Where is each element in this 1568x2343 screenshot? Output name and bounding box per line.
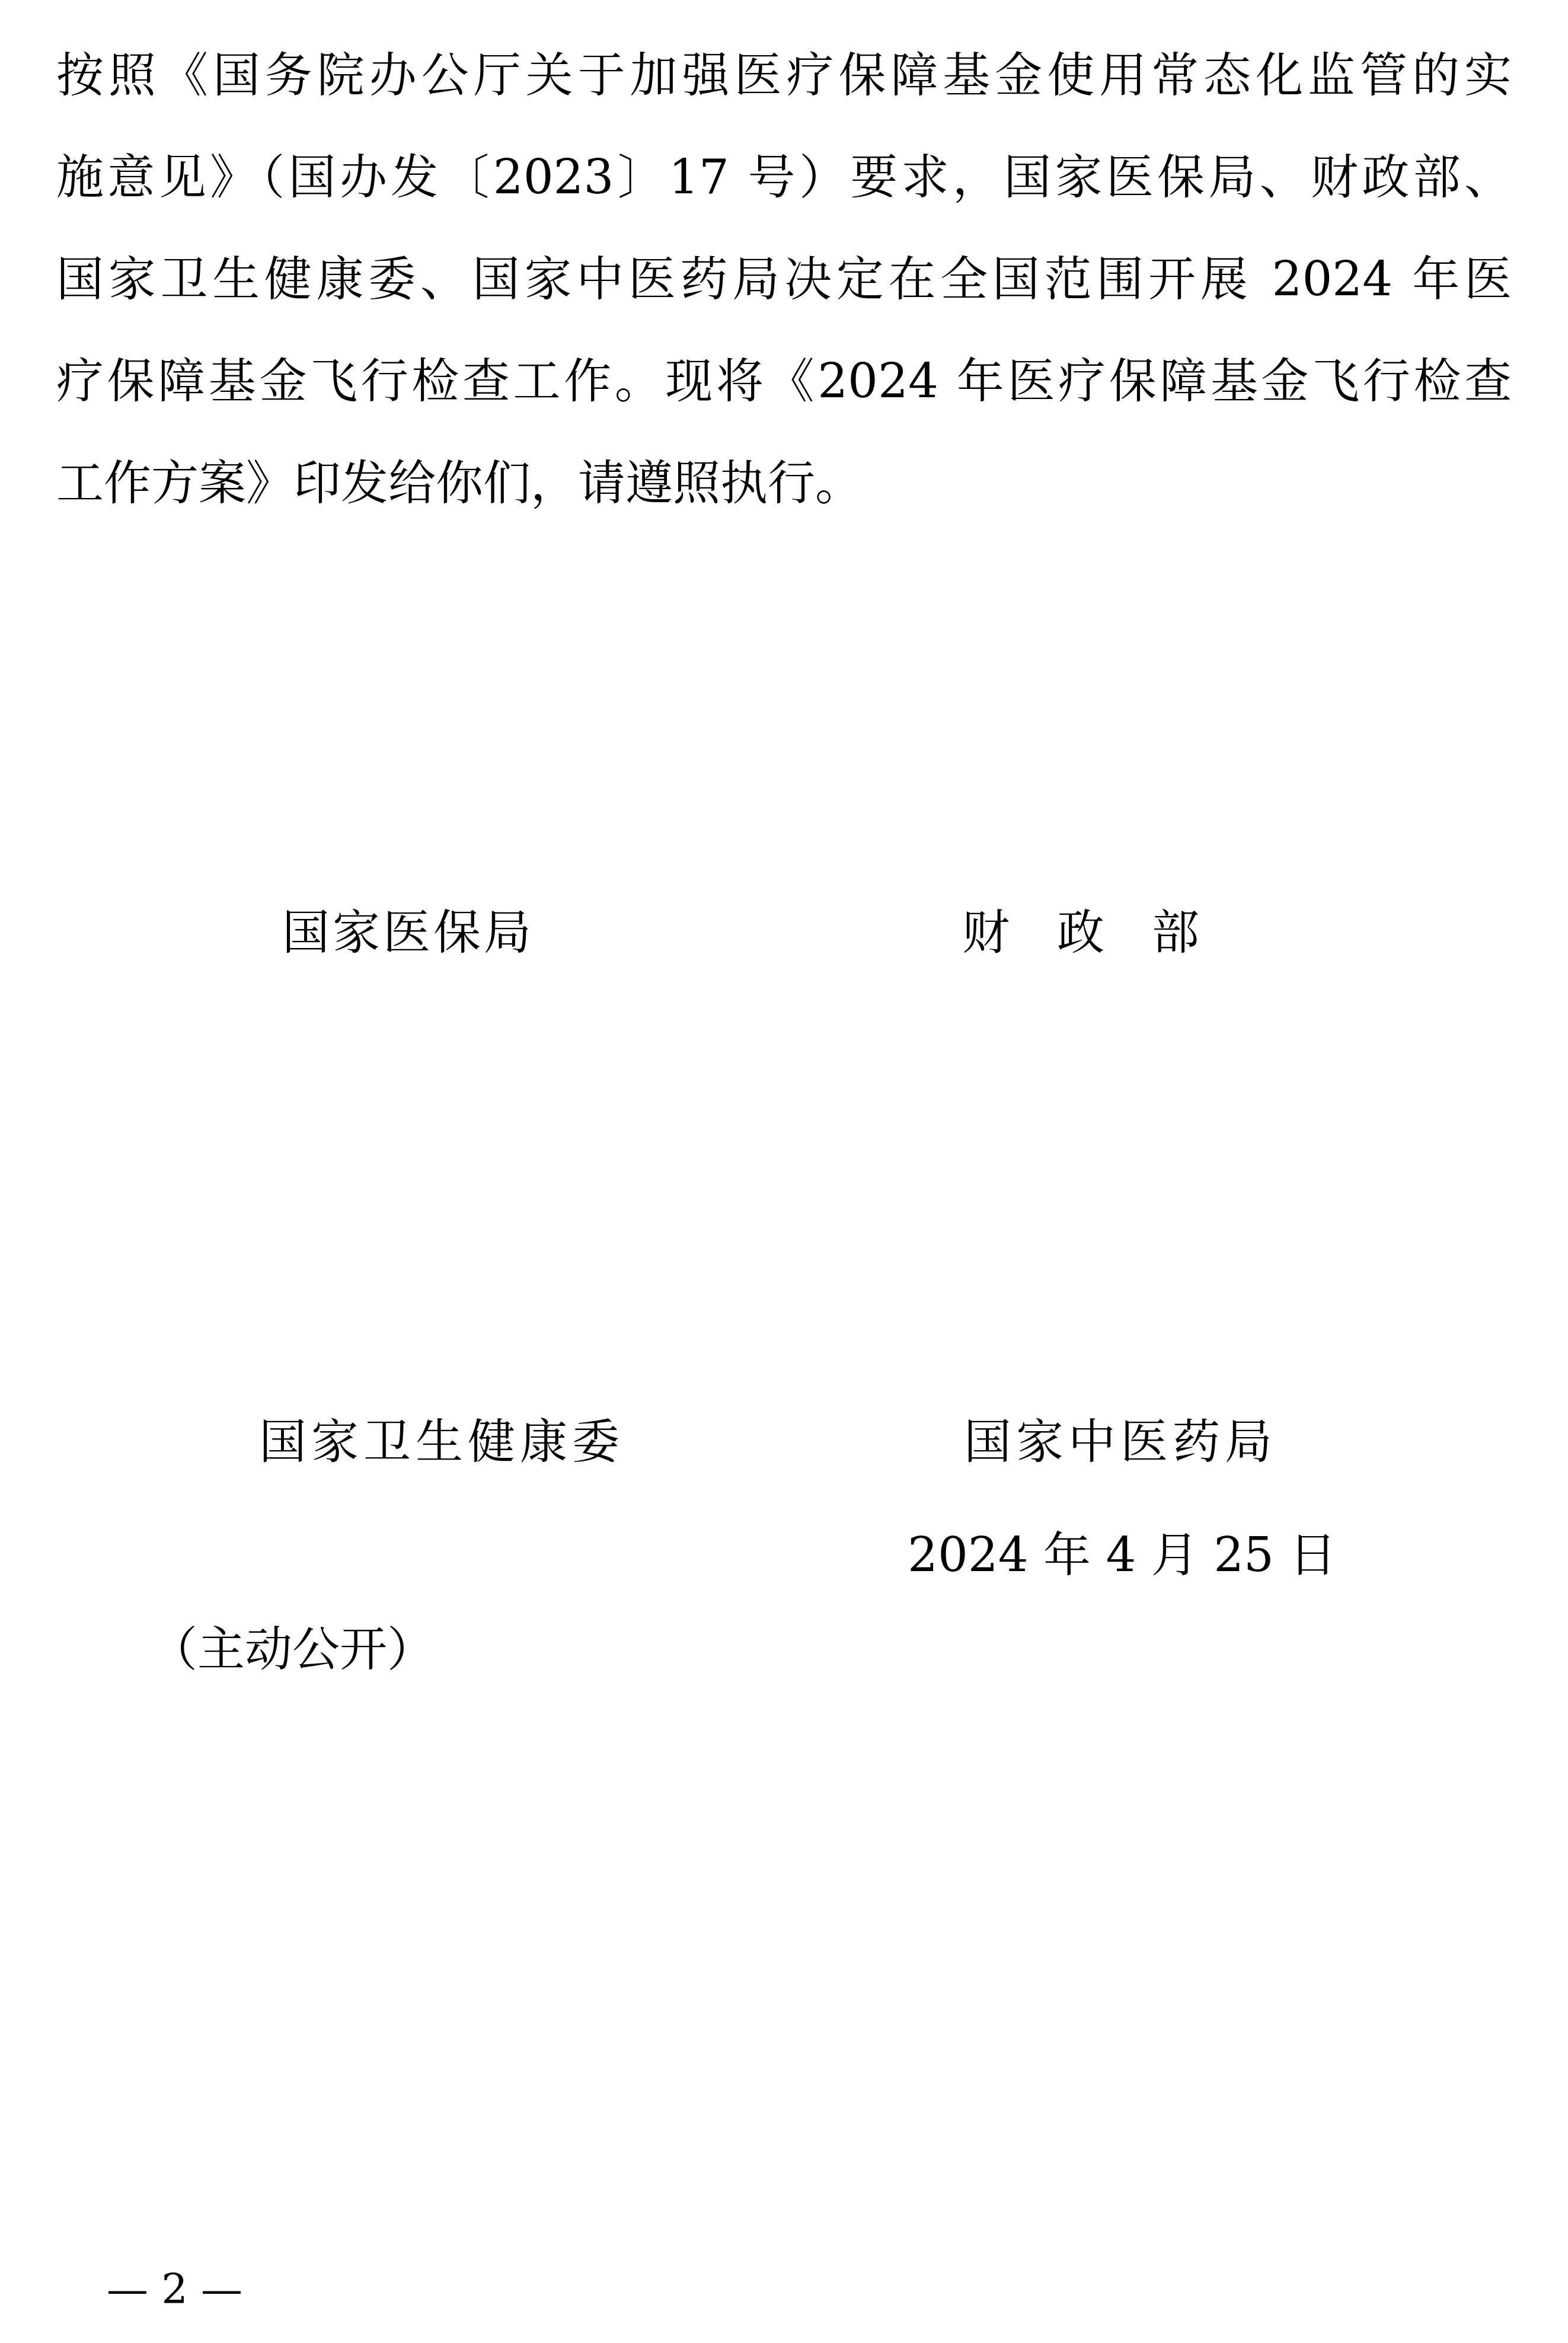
signature-org-natcm: 国家中医药局: [964, 1417, 1277, 1467]
signature-org-mof: 财 政 部: [962, 908, 1199, 957]
signature-org-nhsa: 国家医保局: [282, 908, 534, 957]
paragraph-line-2: 施意见》（国办发〔2023〕17 号）要求，国家医保局、财政部、: [56, 126, 1512, 228]
page-number: — 2 —: [107, 2267, 242, 2311]
disclosure-note: （主动公开）: [150, 1623, 435, 1675]
signature-date: 2024 年 4 月 25 日: [908, 1530, 1336, 1580]
signature-org-nhc: 国家卫生健康委: [259, 1417, 624, 1467]
paragraph-line-1: 按照《国务院办公厅关于加强医疗保障基金使用常态化监管的实: [56, 24, 1512, 126]
paragraph-line-3: 国家卫生健康委、国家中医药局决定在全国范围开展 2024 年医: [56, 228, 1512, 330]
paragraph-line-4: 疗保障基金飞行检查工作。现将《2024 年医疗保障基金飞行检查: [56, 330, 1512, 432]
paragraph-line-5: 工作方案》印发给你们，请遵照执行。: [56, 432, 1512, 534]
body-paragraph: 按照《国务院办公厅关于加强医疗保障基金使用常态化监管的实 施意见》（国办发〔20…: [56, 24, 1512, 534]
document-page: 按照《国务院办公厅关于加强医疗保障基金使用常态化监管的实 施意见》（国办发〔20…: [0, 0, 1568, 2343]
